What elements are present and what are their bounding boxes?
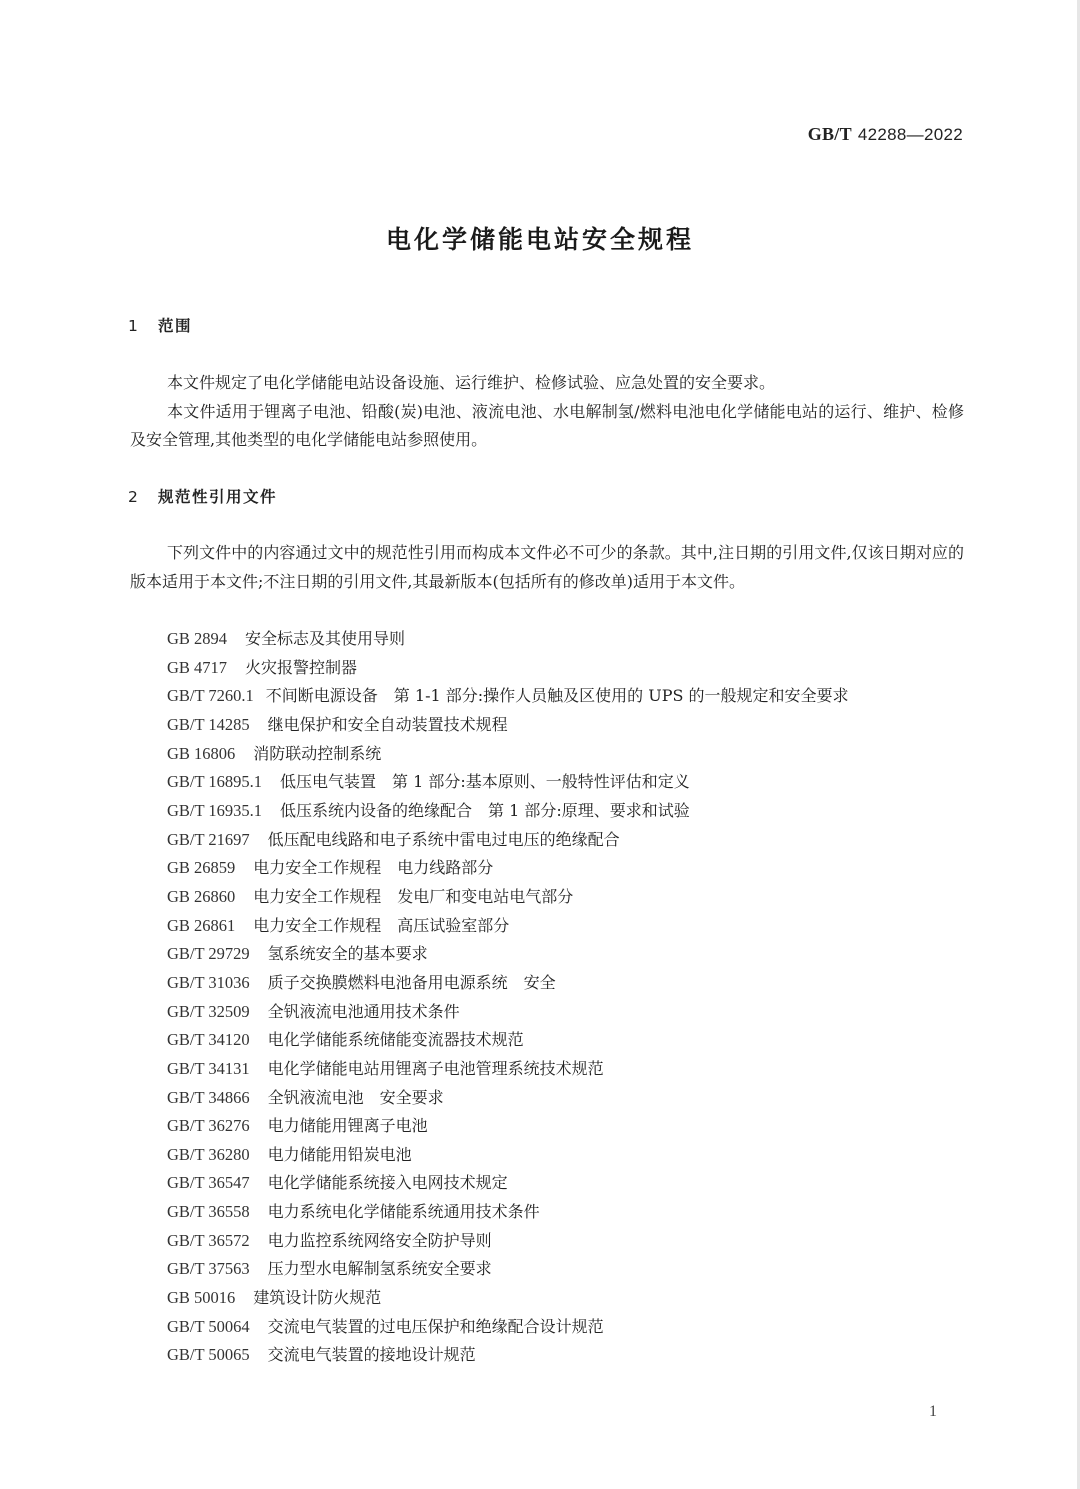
reference-code: GB/T 16935.1 [167,801,262,820]
reference-title: 电力安全工作规程 电力线路部分 [253,858,493,877]
reference-item: GB/T 29729氢系统安全的基本要求 [130,940,964,969]
reference-code: GB/T 50064 [167,1317,250,1336]
section-2-intro: 下列文件中的内容通过文中的规范性引用而构成本文件必不可少的条款。其中,注日期的引… [130,539,964,596]
reference-item: GB/T 7260.1不间断电源设备 第 1-1 部分:操作人员触及区使用的 U… [130,682,964,711]
reference-code: GB/T 14285 [167,715,250,734]
reference-title: 全钒液流电池通用技术条件 [268,1002,460,1021]
reference-code: GB/T 50065 [167,1345,250,1364]
reference-code: GB/T 36280 [167,1145,250,1164]
reference-code: GB/T 34131 [167,1059,250,1078]
reference-code: GB 50016 [167,1288,235,1307]
reference-item: GB 2894安全标志及其使用导则 [130,625,964,654]
paragraph: 本文件适用于锂离子电池、铅酸(炭)电池、液流电池、水电解制氢/燃料电池电化学储能… [130,398,964,455]
reference-code: GB/T 36558 [167,1202,250,1221]
reference-title: 继电保护和安全自动装置技术规程 [268,715,508,734]
reference-item: GB/T 50064交流电气装置的过电压保护和绝缘配合设计规范 [130,1313,964,1342]
reference-title: 电力系统电化学储能系统通用技术条件 [268,1202,540,1221]
reference-item: GB 26860电力安全工作规程 发电厂和变电站电气部分 [130,883,964,912]
reference-title: 电力储能用铅炭电池 [268,1145,412,1164]
reference-code: GB/T 31036 [167,973,250,992]
reference-title: 氢系统安全的基本要求 [268,944,428,963]
reference-title: 压力型水电解制氢系统安全要求 [268,1259,492,1278]
reference-title: 全钒液流电池 安全要求 [268,1088,444,1107]
reference-code: GB/T 29729 [167,944,250,963]
standard-code: GB/T42288—2022 [808,124,963,145]
section-2-heading: 2规范性引用文件 [128,485,277,507]
reference-item: GB/T 16935.1低压系统内设备的绝缘配合 第 1 部分:原理、要求和试验 [130,797,964,826]
normative-references-list: GB 2894安全标志及其使用导则 GB 4717火灾报警控制器 GB/T 72… [130,625,964,1370]
reference-item: GB/T 32509全钒液流电池通用技术条件 [130,998,964,1027]
paragraph: 本文件规定了电化学储能电站设备设施、运行维护、检修试验、应急处置的安全要求。 [130,369,964,398]
reference-code: GB/T 21697 [167,830,250,849]
reference-title: 低压配电线路和电子系统中雷电过电压的绝缘配合 [268,830,620,849]
reference-item: GB/T 37563压力型水电解制氢系统安全要求 [130,1255,964,1284]
reference-code: GB/T 36276 [167,1116,250,1135]
reference-item: GB/T 36280电力储能用铅炭电池 [130,1141,964,1170]
reference-title: 安全标志及其使用导则 [245,629,405,648]
document-title: 电化学储能电站安全规程 [0,220,1080,256]
reference-item: GB/T 34131电化学储能电站用锂离子电池管理系统技术规范 [130,1055,964,1084]
reference-code: GB/T 36547 [167,1173,250,1192]
reference-title: 电力监控系统网络安全防护导则 [268,1231,492,1250]
reference-item: GB/T 31036质子交换膜燃料电池备用电源系统 安全 [130,969,964,998]
reference-item: GB 26861电力安全工作规程 高压试验室部分 [130,912,964,941]
reference-title: 电化学储能电站用锂离子电池管理系统技术规范 [268,1059,604,1078]
reference-code: GB/T 7260.1 [167,686,254,705]
reference-item: GB/T 36572电力监控系统网络安全防护导则 [130,1227,964,1256]
section-title: 范围 [158,317,192,335]
reference-code: GB 26861 [167,916,235,935]
section-1-body: 本文件规定了电化学储能电站设备设施、运行维护、检修试验、应急处置的安全要求。 本… [130,369,964,455]
reference-item: GB/T 34120电化学储能系统储能变流器技术规范 [130,1026,964,1055]
reference-title: 低压系统内设备的绝缘配合 第 1 部分:原理、要求和试验 [280,801,690,820]
reference-code: GB 26859 [167,858,235,877]
reference-title: 电化学储能系统接入电网技术规定 [268,1173,508,1192]
reference-code: GB/T 37563 [167,1259,250,1278]
standard-number: 42288—2022 [858,125,963,144]
reference-title: 消防联动控制系统 [253,744,381,763]
reference-title: 低压电气装置 第 1 部分:基本原则、一般特性评估和定义 [280,772,690,791]
reference-item: GB/T 50065交流电气装置的接地设计规范 [130,1341,964,1370]
reference-code: GB 26860 [167,887,235,906]
reference-item: GB/T 36558电力系统电化学储能系统通用技术条件 [130,1198,964,1227]
standard-prefix: GB/T [808,124,852,144]
reference-title: 质子交换膜燃料电池备用电源系统 安全 [268,973,556,992]
section-number: 2 [128,488,158,506]
section-number: 1 [128,317,158,335]
reference-title: 电化学储能系统储能变流器技术规范 [268,1030,524,1049]
reference-code: GB 2894 [167,629,227,648]
reference-code: GB/T 36572 [167,1231,250,1250]
section-title: 规范性引用文件 [158,488,277,506]
reference-item: GB 16806消防联动控制系统 [130,740,964,769]
reference-item: GB/T 36276电力储能用锂离子电池 [130,1112,964,1141]
reference-title: 交流电气装置的过电压保护和绝缘配合设计规范 [268,1317,604,1336]
document-page: GB/T42288—2022 电化学储能电站安全规程 1范围 本文件规定了电化学… [0,0,1080,1489]
reference-item: GB 26859电力安全工作规程 电力线路部分 [130,854,964,883]
reference-item: GB/T 36547电化学储能系统接入电网技术规定 [130,1169,964,1198]
reference-item: GB 50016建筑设计防火规范 [130,1284,964,1313]
reference-title: 电力安全工作规程 高压试验室部分 [253,916,509,935]
section-1-heading: 1范围 [128,314,192,336]
reference-code: GB/T 16895.1 [167,772,262,791]
reference-title: 交流电气装置的接地设计规范 [268,1345,476,1364]
reference-code: GB 16806 [167,744,235,763]
reference-title: 电力储能用锂离子电池 [268,1116,428,1135]
reference-code: GB/T 32509 [167,1002,250,1021]
reference-item: GB 4717火灾报警控制器 [130,654,964,683]
reference-title: 电力安全工作规程 发电厂和变电站电气部分 [253,887,573,906]
reference-title: 火灾报警控制器 [245,658,357,677]
reference-title: 不间断电源设备 第 1-1 部分:操作人员触及区使用的 UPS 的一般规定和安全… [266,686,849,705]
reference-item: GB/T 34866全钒液流电池 安全要求 [130,1084,964,1113]
reference-item: GB/T 16895.1低压电气装置 第 1 部分:基本原则、一般特性评估和定义 [130,768,964,797]
page-number: 1 [929,1403,937,1421]
reference-code: GB 4717 [167,658,227,677]
reference-code: GB/T 34866 [167,1088,250,1107]
reference-item: GB/T 21697低压配电线路和电子系统中雷电过电压的绝缘配合 [130,826,964,855]
paragraph: 下列文件中的内容通过文中的规范性引用而构成本文件必不可少的条款。其中,注日期的引… [130,539,964,596]
reference-title: 建筑设计防火规范 [253,1288,381,1307]
reference-item: GB/T 14285继电保护和安全自动装置技术规程 [130,711,964,740]
reference-code: GB/T 34120 [167,1030,250,1049]
